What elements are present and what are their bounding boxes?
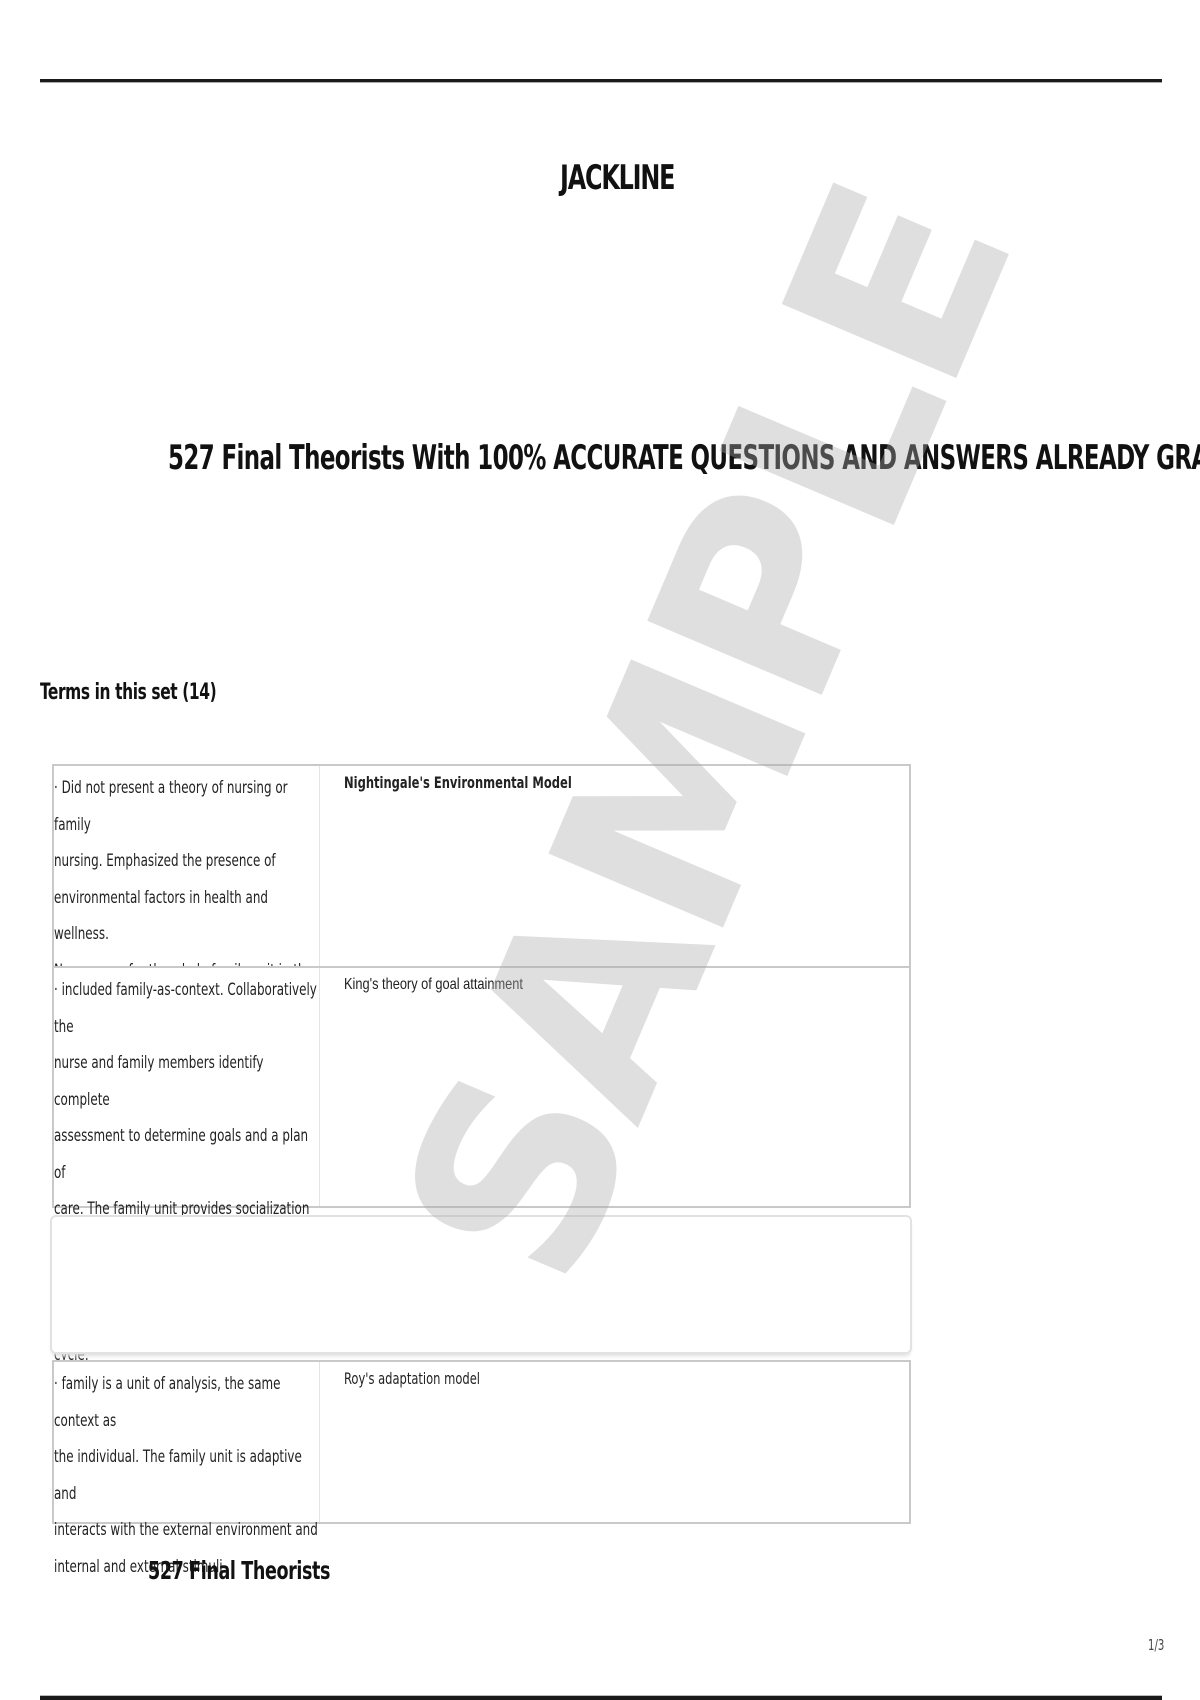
flashcard-row: · family is a unit of analysis, the same… — [52, 1360, 911, 1524]
card-definition: · Did not present a theory of nursing or… — [54, 766, 320, 966]
blank-card — [50, 1215, 912, 1354]
page-indicator: 1/3 — [1148, 1636, 1164, 1654]
definition-line: · family is a unit of analysis, the same… — [54, 1366, 319, 1439]
definition-line: environmental factors in health and well… — [54, 880, 319, 953]
card-definition: · included family-as-context. Collaborat… — [54, 968, 320, 1206]
definition-line: assessment to determine goals and a plan… — [54, 1118, 319, 1191]
document-title: 527 Final Theorists With 100% ACCURATE Q… — [168, 438, 1068, 478]
term-text: Nightingale's Environmental Model — [344, 770, 572, 796]
author-name: JACKLINE — [560, 158, 732, 198]
card-term: Roy's adaptation model — [320, 1362, 909, 1522]
definition-line: · included family-as-context. Collaborat… — [54, 972, 319, 1045]
flashcard-row: · Did not present a theory of nursing or… — [52, 764, 911, 968]
definition-line: nurse and family members identify comple… — [54, 1045, 319, 1118]
flashcard-row: · included family-as-context. Collaborat… — [52, 966, 911, 1208]
definition-line: nursing. Emphasized the presence of — [54, 843, 319, 880]
footer-title: 527 Final Theorists — [148, 1556, 330, 1585]
terms-heading: Terms in this set (14) — [40, 680, 216, 705]
term-text: Roy's adaptation model — [344, 1366, 480, 1392]
term-text: King's theory of goal attainment — [344, 972, 523, 998]
top-rule — [40, 79, 1162, 82]
definition-line: the individual. The family unit is adapt… — [54, 1439, 319, 1512]
card-term: Nightingale's Environmental Model — [320, 766, 909, 966]
card-definition: · family is a unit of analysis, the same… — [54, 1362, 320, 1522]
card-term: King's theory of goal attainment — [320, 968, 909, 1206]
definition-line: · Did not present a theory of nursing or… — [54, 770, 319, 843]
bottom-rule — [40, 1696, 1162, 1700]
definition-line: interacts with the external environment … — [54, 1512, 319, 1549]
